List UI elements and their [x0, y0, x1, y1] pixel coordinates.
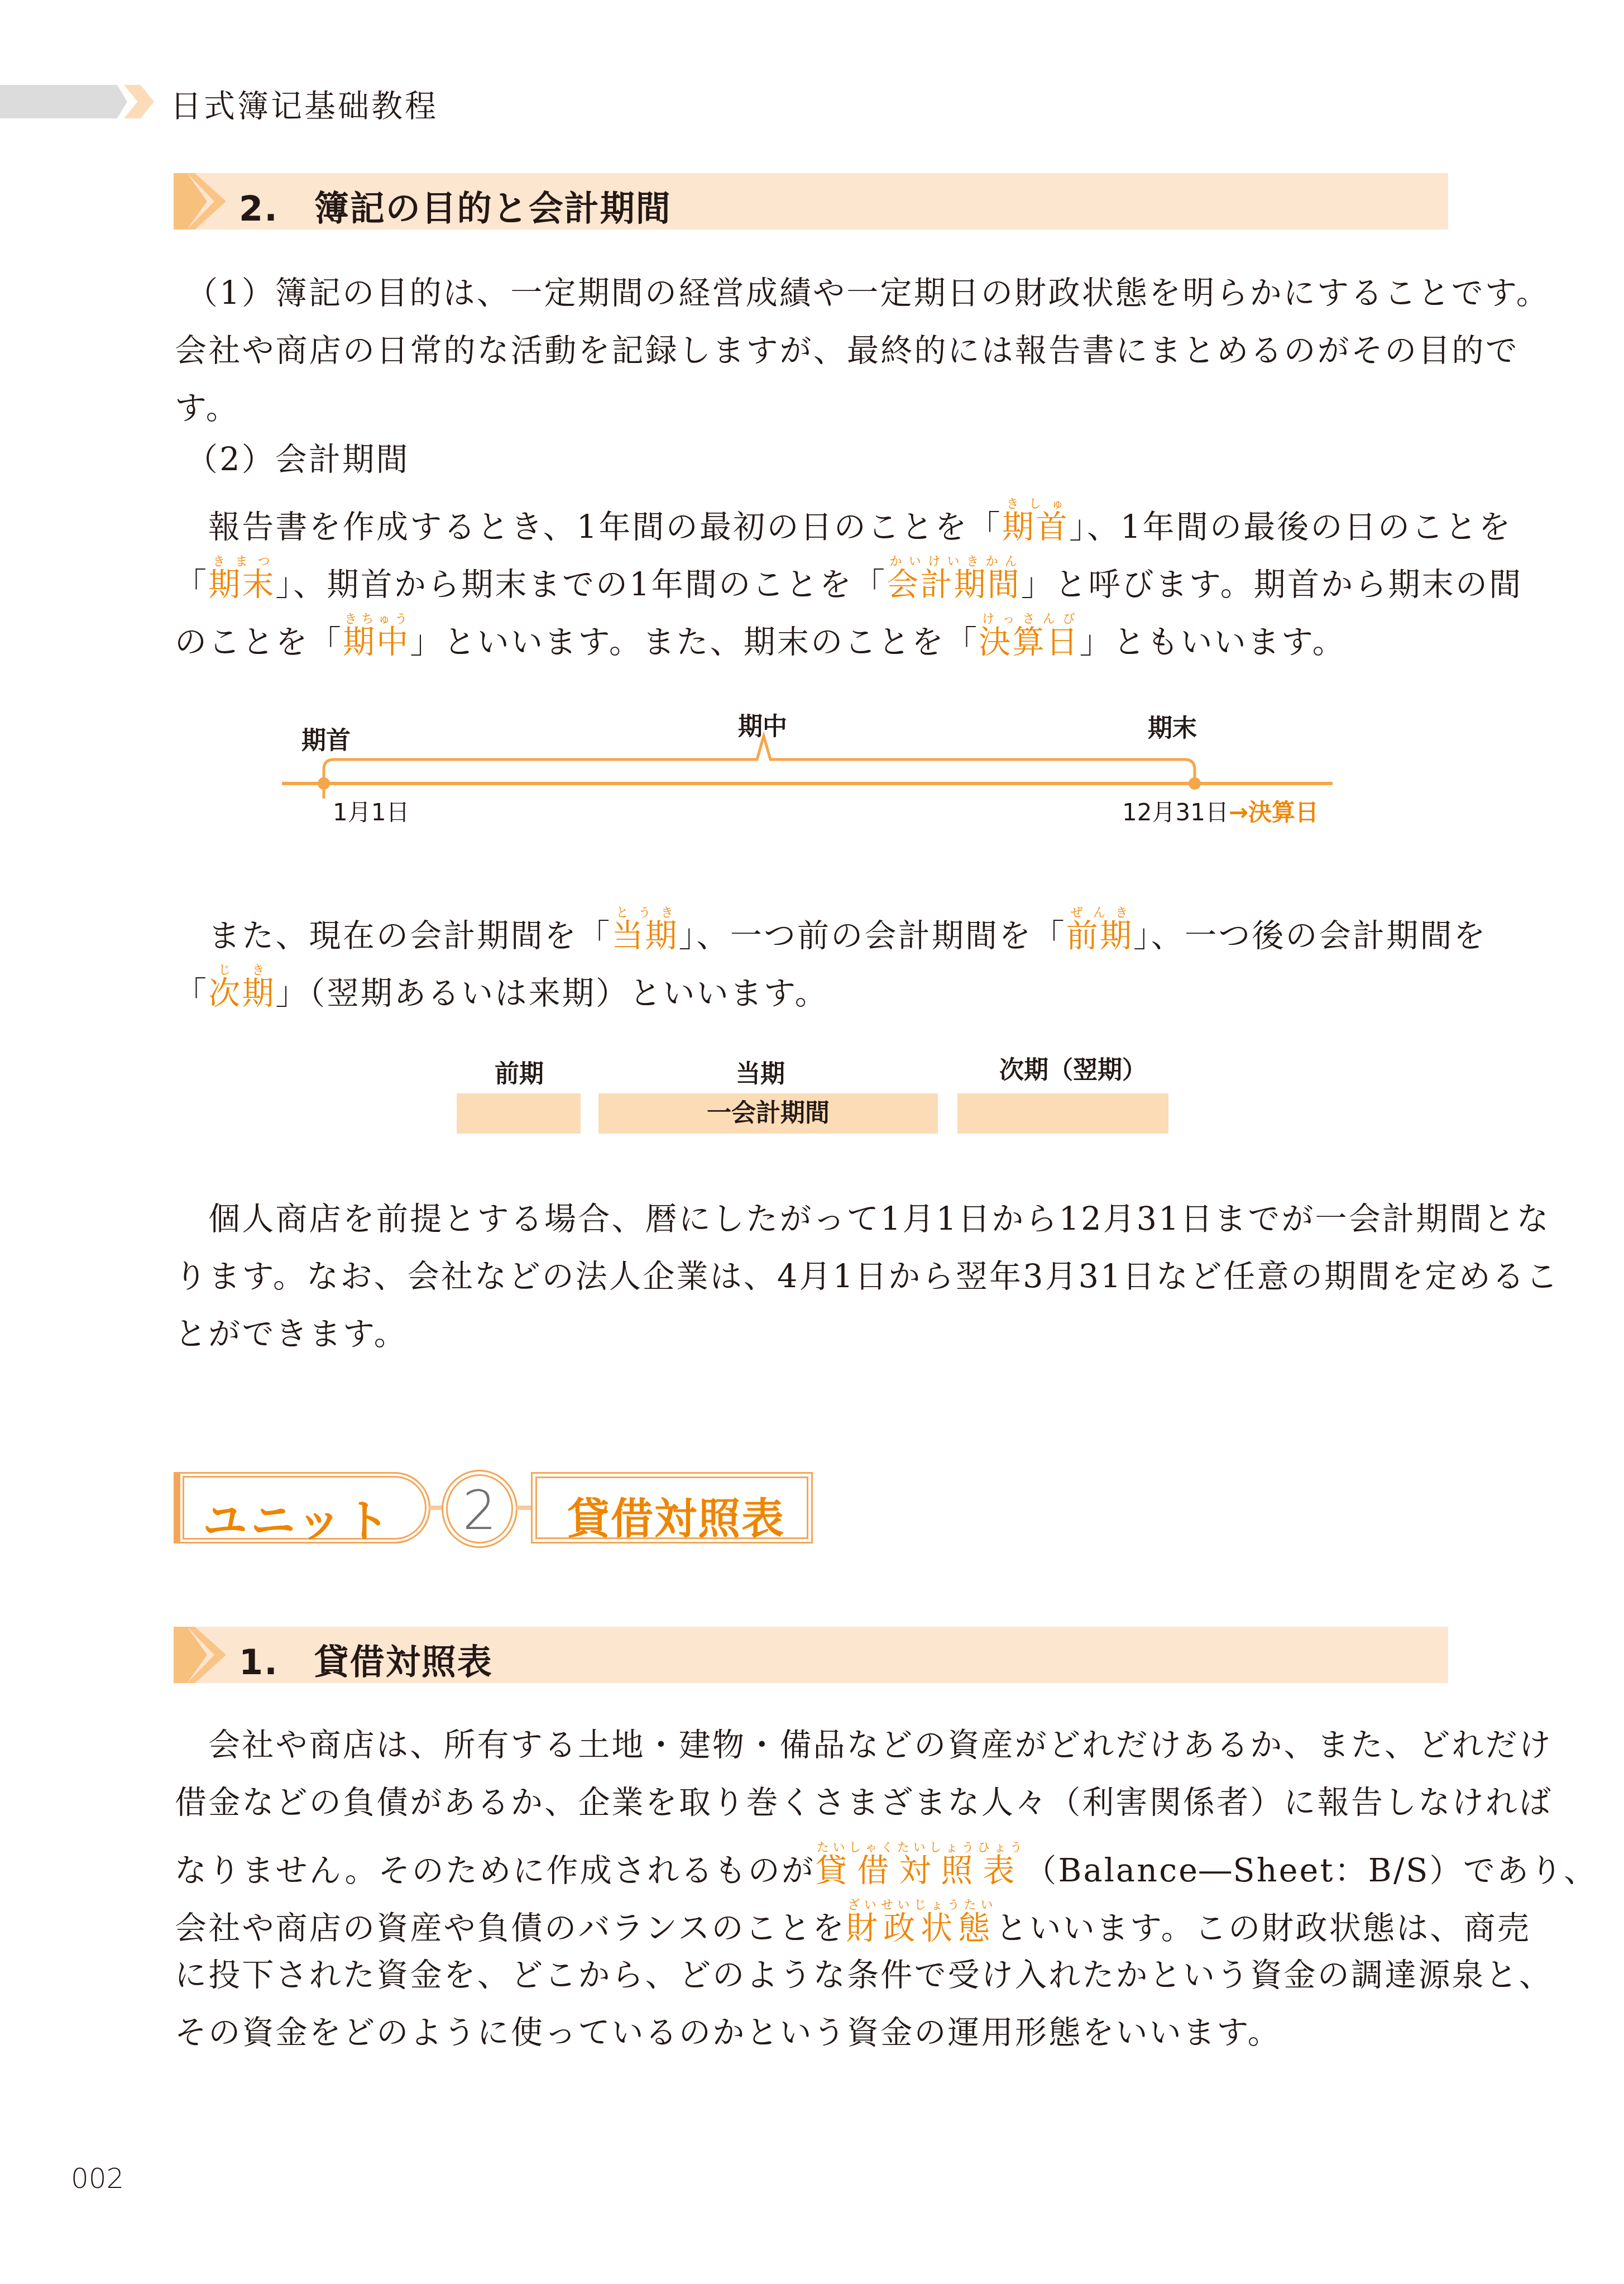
period-prev-box: [457, 1093, 581, 1134]
timeline-end-date: 12月31日→決算日: [1122, 794, 1319, 828]
term-zaisei-joutai: 財政状態ざいせいじょうたい: [846, 1910, 995, 1947]
timeline-start-date: 1月1日: [333, 794, 409, 828]
unit-number: 2: [443, 1479, 516, 1542]
paragraph-line: 借金などの負債があるか、企業を取り巻くさまざまな人々（利害関係者）に報告しなけれ…: [175, 1783, 1553, 1822]
unit-banner: ユニット 2 貸借対照表: [174, 1472, 821, 1545]
term-zenki: 前期ぜんき: [1066, 918, 1133, 954]
paragraph-line: ります。なお、会社などの法人企業は、4月1日から翌年3月31日など任意の期間を定…: [175, 1257, 1559, 1296]
paragraph-line: その資金をどのように使っているのかという資金の運用形態をいいます。: [175, 2013, 1281, 2052]
connector: [516, 1506, 532, 1510]
page-number: 002: [71, 2162, 124, 2195]
paragraph-line: なりません。そのために作成されるものが貸借対照表たいしゃくたいしょうひょう（Ba…: [175, 1841, 1598, 1890]
unit-number-circle: 2: [442, 1470, 518, 1548]
term-touki: 当期とうき: [611, 918, 678, 954]
section-heading: 1. 貸借対照表: [239, 1635, 493, 1684]
paragraph-line: また、現在の会計期間を「当期とうき」、一つ前の会計期間を「前期ぜんき」、一つ後の…: [175, 906, 1487, 955]
period-prev-label: 前期: [495, 1054, 544, 1090]
term-taishaku-taishouhyou: 貸借対照表たいしゃくたいしょうひょう: [815, 1852, 1024, 1889]
period-next-label: 次期（翌期）: [999, 1050, 1147, 1086]
period-current-box: 一会計期間: [598, 1093, 938, 1134]
unit-title-box: 貸借対照表: [531, 1472, 813, 1544]
unit-title: 貸借対照表: [567, 1485, 785, 1546]
term-jiki: 次期じき: [208, 975, 275, 1012]
paragraph-line: 個人商店を前提とする場合、暦にしたがって1月1日から12月31日までが一会計期間…: [175, 1200, 1550, 1239]
paragraph-line: 会社や商店の資産や負債のバランスのことを財政状態ざいせいじょうたいといいます。こ…: [175, 1898, 1531, 1948]
timeline-lines: [0, 0, 1624, 838]
paragraph-line: に投下された資金を、どこから、どのような条件で受け入れたかという資金の調達源泉と…: [175, 1956, 1553, 1995]
section-heading-band: 1. 貸借対照表: [174, 1627, 1448, 1683]
period-current-label: 当期: [736, 1054, 785, 1090]
paragraph-line: 会社や商店は、所有する土地・建物・備品などの資産がどれだけあるか、また、どれだけ: [175, 1726, 1553, 1765]
paragraph-line: とができます。: [175, 1315, 408, 1354]
unit-label: ユニット: [203, 1485, 393, 1549]
unit-label-box: ユニット: [174, 1472, 430, 1544]
period-next-box: [957, 1093, 1168, 1134]
paragraph-line: 「次期じき」（翌期あるいは来期）といいます。: [175, 963, 828, 1013]
